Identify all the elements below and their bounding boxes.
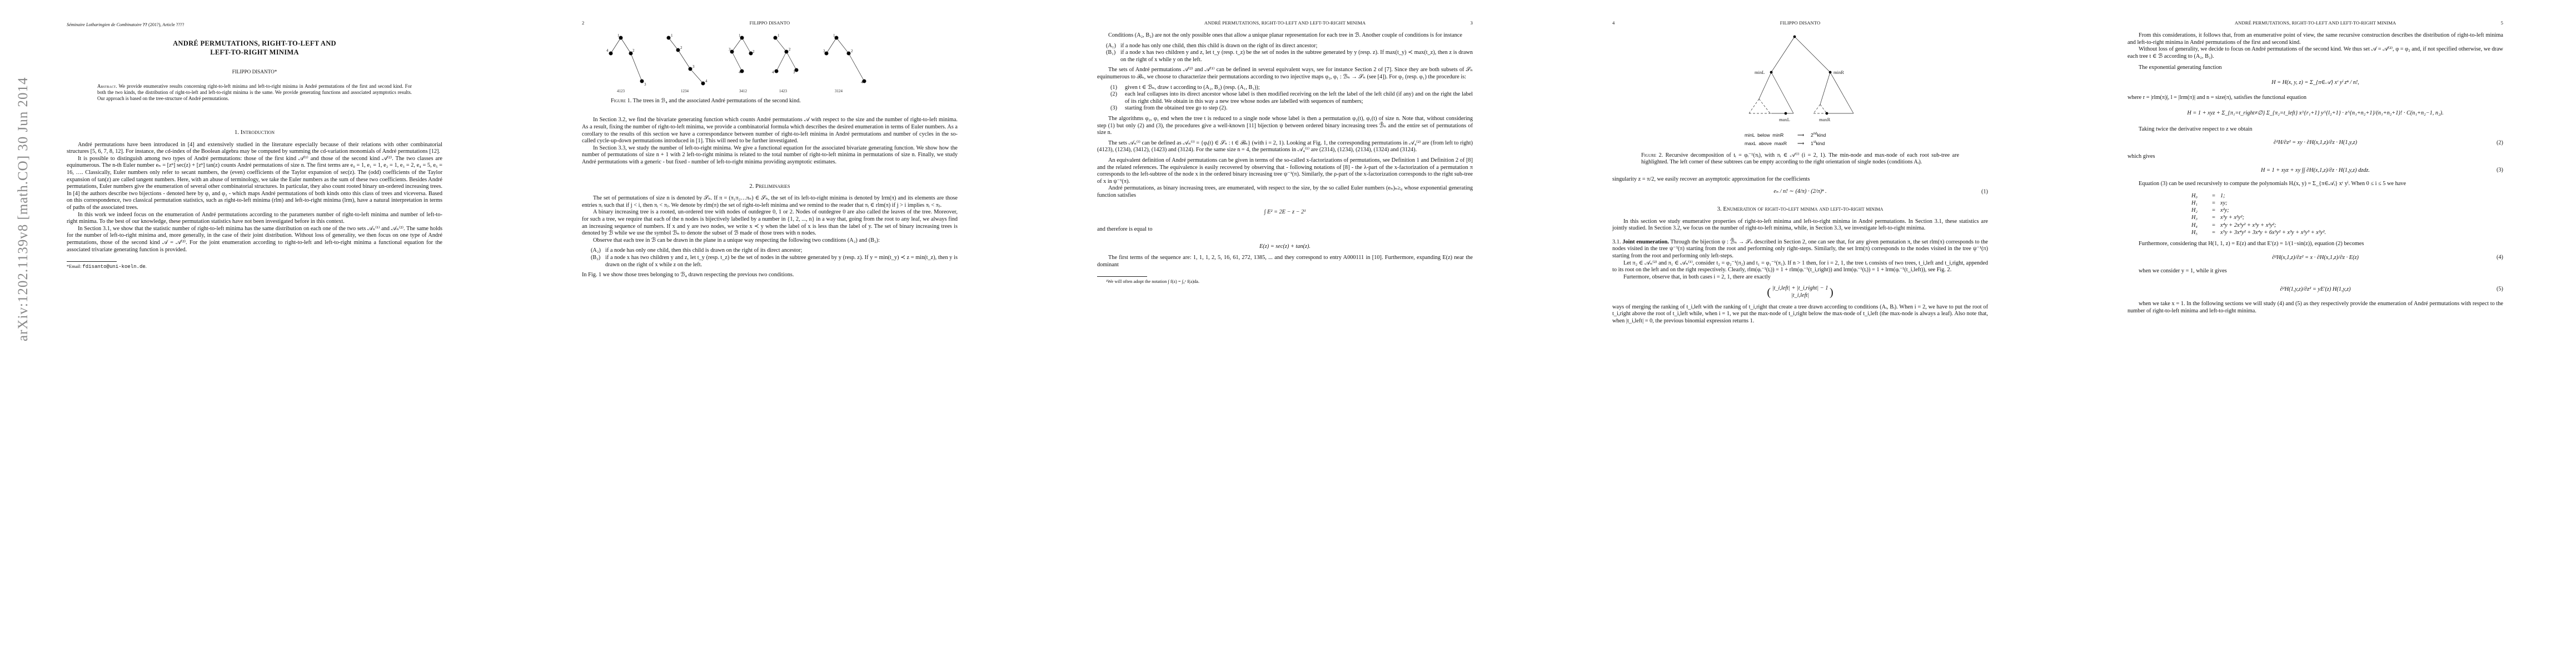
- paragraph: André permutations, as binary increasing…: [1097, 185, 1473, 199]
- title-line-1: ANDRÉ PERMUTATIONS, RIGHT-TO-LEFT AND: [67, 39, 442, 48]
- equation-tag: (4): [2497, 255, 2503, 262]
- svg-text:4: 4: [739, 70, 741, 74]
- page-2: 2 FILIPPO DISANTO: [515, 0, 1030, 667]
- equation-tag: (3): [2497, 167, 2503, 175]
- page-5-body: From this considerations, it follows tha…: [2127, 32, 2503, 315]
- svg-text:maxL: maxL: [1779, 117, 1790, 122]
- tree-1234: [667, 36, 705, 85]
- paragraph: The first terms of the sequence are: 1, …: [1097, 255, 1473, 268]
- binomial-bottom: |t_i,left|: [1772, 292, 1828, 300]
- running-head-title: ANDRÉ PERMUTATIONS, RIGHT-TO-LEFT AND LE…: [2127, 20, 2503, 26]
- running-head: 4 FILIPPO DISANTO: [1612, 20, 1988, 26]
- svg-text:4: 4: [772, 70, 774, 74]
- step-item: (3)starting from the obtained tree go to…: [1110, 105, 1473, 112]
- tree-1423: [774, 36, 798, 73]
- perm-label: 4123: [617, 89, 625, 93]
- paragraph: ways of merging the ranking of t_i,left …: [1612, 304, 1988, 325]
- poly-rhs: x³y + x²y²;: [2220, 214, 2244, 221]
- equation-body: ∂²H/∂z² = xy · ∂H(x,1,z)/∂z · H(1,y,z): [2274, 140, 2357, 146]
- paragraph: A binary increasing tree is a rooted, un…: [582, 209, 958, 237]
- condition-text: if a node x has two children y and z, le…: [1120, 49, 1473, 63]
- condition-label: (A₂): [591, 247, 605, 255]
- paragraph: where r = |rlm(π)|, l = |lrm(π)| and n =…: [2127, 94, 2503, 102]
- equation-4: ∂²H(x,1,z)/∂z² = x · ∂H(x,1,z)/∂z · E(z)…: [2127, 255, 2503, 262]
- paragraph: Let π₂ ∈ 𝒜ₙ⁽²⁾ and π₁ ∈ 𝒜ₙ⁽¹⁾, consider …: [1612, 260, 1988, 274]
- title-line-2: LEFT-TO-RIGHT MINIMA: [67, 48, 442, 57]
- svg-text:2: 2: [789, 47, 791, 52]
- journal-rest: (201?), Article ????: [147, 22, 184, 27]
- paragraph: The exponential generating function: [2127, 64, 2503, 72]
- page-number: 3: [1471, 20, 1473, 26]
- svg-text:3: 3: [644, 82, 646, 87]
- step-label: (2): [1110, 91, 1125, 105]
- paragraph: From this considerations, it follows tha…: [2127, 32, 2503, 46]
- poly-lhs: H₁: [2191, 200, 2207, 207]
- equation-1: eₙ / n! ∼ (4/π) · (2/π)ⁿ .(1): [1612, 188, 1988, 196]
- figure-1-caption: Figure 1. The trees in ℬ₄ and the associ…: [611, 98, 929, 104]
- maxR-node: [1826, 112, 1828, 115]
- binomial-top: |t_i,left| + |t_i,right| − 1: [1772, 285, 1828, 292]
- section-title-enumeration: 3. Enumeration of right-to-left minima a…: [1612, 206, 1988, 213]
- perm-label: 1234: [681, 89, 689, 93]
- polynomial-row: H₂=x²y;: [2191, 207, 2503, 214]
- procedure-steps: (1)given t ∈ ℬₙ, draw t according to (A₂…: [1110, 84, 1473, 112]
- figure-2: minL minR maxL maxR: [1612, 32, 1988, 130]
- footnote-label: *Email:: [67, 264, 82, 269]
- running-head-title: FILIPPO DISANTO: [582, 20, 958, 26]
- email-link[interactable]: fdisanto@uni-koeln.de: [82, 264, 145, 270]
- condition-label: (A₁): [1106, 43, 1120, 50]
- figure-1: 1423 1234 1324 1243 1324 4123 1234 3412 …: [582, 32, 958, 93]
- equation-body: ∂²H(1,y,z)/∂z² = yE′(z) H(1,y,z): [2280, 286, 2350, 292]
- running-head: ANDRÉ PERMUTATIONS, RIGHT-TO-LEFT AND LE…: [2127, 20, 2503, 26]
- svg-text:4: 4: [606, 48, 609, 53]
- polynomial-row: H₀=1;: [2191, 192, 2503, 200]
- abstract: Abstract. We provide enumerative results…: [97, 83, 412, 102]
- legend-kind: kind: [1816, 141, 1825, 146]
- page-3: ANDRÉ PERMUTATIONS, RIGHT-TO-LEFT AND LE…: [1030, 0, 1546, 667]
- footnote-end: .: [146, 264, 147, 269]
- svg-text:1: 1: [617, 33, 620, 38]
- section-title-introduction: 1. Introduction: [67, 129, 442, 136]
- paragraph: In Section 3.3, we study the number of l…: [582, 145, 958, 166]
- paragraph: when we consider y = 1, while it gives: [2127, 268, 2503, 275]
- running-head: 2 FILIPPO DISANTO: [582, 20, 958, 26]
- running-head-title: ANDRÉ PERMUTATIONS, RIGHT-TO-LEFT AND LE…: [1097, 20, 1473, 26]
- svg-text:2: 2: [632, 48, 635, 53]
- equation-body: eₙ / n! ∼ (4/π) · (2/π)ⁿ .: [1773, 188, 1826, 195]
- conditions-list: (A₁)if a node has only one child, then t…: [1106, 43, 1473, 64]
- equation-tag: (5): [2497, 286, 2503, 293]
- root-node: [1793, 36, 1796, 38]
- page-number: 5: [2501, 20, 2503, 26]
- footnote-email: *Email: fdisanto@uni-koeln.de.: [67, 264, 442, 270]
- minL-node: [1770, 71, 1773, 74]
- paragraph: Conditions (A₂, B₂) are not the only pos…: [1097, 32, 1473, 39]
- condition-label: (B₁): [1106, 49, 1120, 63]
- poly-rhs: x²y;: [2220, 207, 2229, 214]
- abstract-text: We provide enumerative results concernin…: [97, 83, 412, 101]
- figure-2-caption: Figure 2. Recursive decomposition of tᵢ …: [1641, 152, 1959, 166]
- paragraph: André permutations have been introduced …: [67, 142, 442, 156]
- paragraph: Without loss of generality, we decide to…: [2127, 46, 2503, 60]
- paragraph: Taking twice the derivative respect to z…: [2127, 126, 2503, 133]
- paper-spread: arXiv:1202.1139v8 [math.CO] 30 Jun 2014 …: [0, 0, 2576, 667]
- page-3-body: Conditions (A₂, B₂) are not the only pos…: [1097, 32, 1473, 285]
- legend-kind: kind: [1817, 132, 1826, 138]
- journal-volume: ??: [143, 22, 147, 27]
- tree-3412: [730, 36, 753, 73]
- paragraph: In Fig. 1 we show those trees belonging …: [582, 272, 958, 279]
- paragraph: In Section 3.1, we show that the statist…: [67, 226, 442, 253]
- running-head: ANDRÉ PERMUTATIONS, RIGHT-TO-LEFT AND LE…: [1097, 20, 1473, 26]
- poly-rhs: xy;: [2220, 200, 2228, 207]
- title-block: ANDRÉ PERMUTATIONS, RIGHT-TO-LEFT AND LE…: [67, 39, 442, 74]
- paragraph-text: Through the bijection ψ : ℬ̃ₙ → 𝒮ₙ descr…: [1612, 239, 1988, 259]
- tree-3124: [825, 36, 866, 83]
- step-text: each leaf collapses into its direct ance…: [1125, 91, 1473, 105]
- svg-text:3: 3: [793, 70, 795, 74]
- equation-body: H = 1 + xyz + xy ∫∫ ∂H(x,1,z)/∂z · H(1,y…: [2261, 167, 2370, 173]
- svg-text:1: 1: [739, 33, 741, 38]
- page-1-body: 1. Introduction André permutations have …: [67, 129, 442, 270]
- polynomial-row: H₁=xy;: [2191, 200, 2503, 207]
- step-label: (1): [1110, 84, 1125, 92]
- svg-text:maxR: maxR: [1819, 117, 1831, 122]
- step-label: (3): [1110, 105, 1125, 112]
- author: FILIPPO DISANTO*: [67, 69, 442, 74]
- equation-tag: (1): [1981, 188, 1988, 196]
- footnote-rule: [67, 261, 117, 262]
- paragraph: Furtermore, observe that, in both cases …: [1612, 274, 1988, 281]
- section-title-preliminaries: 2. Preliminaries: [582, 183, 958, 190]
- legend-row: maxL above maxR⟶1stkind: [1745, 140, 1988, 148]
- step-text: given t ∈ ℬₙ, draw t according to (A₂, B…: [1125, 84, 1473, 92]
- figure-2-legend: minL below minR⟶2ndkind maxL above maxR⟶…: [1745, 131, 1988, 148]
- arxiv-stamp-text: arXiv:1202.1139v8 [math.CO] 30 Jun 2014: [16, 77, 31, 341]
- paragraph: An equivalent definition of André permut…: [1097, 157, 1473, 185]
- condition-item: (B₁)if a node x has two children y and z…: [1106, 49, 1473, 63]
- footnote: ¹We will often adopt the notation ∫ f(z)…: [1097, 279, 1473, 285]
- condition-text: if a node has only one child, then this …: [1120, 43, 1473, 50]
- equation-3: H = 1 + xyz + xy ∫∫ ∂H(x,1,z)/∂z · H(1,y…: [2127, 167, 2503, 175]
- perm-label: 1423: [779, 89, 788, 93]
- page-4: 4 FILIPPO DISANTO: [1546, 0, 2061, 667]
- abstract-label: Abstract.: [97, 83, 117, 89]
- poly-lhs: H₃: [2191, 214, 2207, 221]
- perm-label: 3412: [739, 89, 748, 93]
- svg-text:1: 1: [671, 33, 673, 38]
- maxL-node: [1785, 112, 1787, 115]
- tree-4123: [609, 36, 644, 83]
- minR-node: [1829, 71, 1832, 74]
- svg-text:3: 3: [729, 47, 731, 52]
- equation-tag: (2): [2497, 140, 2503, 147]
- equation-egf-H: H = H(x, y, z) = Σ_{π∈𝒜} xʳ yˡ zⁿ / n!,: [2127, 79, 2503, 87]
- conditions-list: (A₂)if a node has only one child, then t…: [591, 247, 958, 268]
- paragraph: It is possible to distinguish among two …: [67, 156, 442, 212]
- legend-condition: minL below minR: [1745, 131, 1797, 140]
- caption-label: Figure 1.: [611, 98, 631, 104]
- step-item: (2)each leaf collapses into its direct a…: [1110, 91, 1473, 105]
- step-text: starting from the obtained tree go to st…: [1125, 105, 1473, 112]
- page-1: arXiv:1202.1139v8 [math.CO] 30 Jun 2014 …: [0, 0, 515, 667]
- condition-item: (A₂)if a node has only one child, then t…: [591, 247, 958, 255]
- binomial-expression: ( |t_i,left| + |t_i,right| − 1 |t_i,left…: [1612, 285, 1988, 299]
- paragraph: The algorithms φ₂, φ₁ end when the tree …: [1097, 116, 1473, 137]
- svg-text:4: 4: [705, 79, 707, 83]
- condition-label: (B₂): [591, 255, 605, 268]
- svg-text:minL: minL: [1755, 69, 1765, 75]
- polynomial-row: H₃=x³y + x²y²;: [2191, 214, 2503, 221]
- paragraph: which gives: [2127, 153, 2503, 161]
- page-number: 2: [582, 20, 584, 26]
- svg-text:2: 2: [753, 49, 755, 54]
- condition-text: if a node x has two children y and z, le…: [605, 255, 958, 268]
- poly-lhs: H₄: [2191, 222, 2207, 229]
- paper-title: ANDRÉ PERMUTATIONS, RIGHT-TO-LEFT AND LE…: [67, 39, 442, 57]
- arrow-icon: ⟶: [1797, 140, 1811, 148]
- polynomial-row: H₄=x⁴y + 2x³y² + x³y + x²y²;: [2191, 222, 2503, 229]
- paragraph: In Section 3.2, we find the bivariate ge…: [582, 117, 958, 145]
- poly-lhs: H₅: [2191, 229, 2207, 236]
- footnote-rule: [1097, 276, 1147, 277]
- perm-label: 3124: [835, 89, 843, 93]
- figure-1-trees: 1423 1234 1324 1243 1324 4123 1234 3412 …: [582, 32, 958, 93]
- paragraph: Observe that each tree in ℬ can be drawn…: [582, 237, 958, 245]
- step-item: (1)given t ∈ ℬₙ, draw t according to (A₂…: [1110, 84, 1473, 92]
- caption-label: Figure 2.: [1641, 152, 1663, 158]
- page-2-body: 1423 1234 1324 1243 1324 4123 1234 3412 …: [582, 32, 958, 279]
- poly-rhs: 1;: [2220, 192, 2225, 200]
- equation-5: ∂²H(1,y,z)/∂z² = yE′(z) H(1,y,z)(5): [2127, 286, 2503, 293]
- svg-text:3: 3: [692, 64, 695, 69]
- paragraph: when we take x = 1. In the following sec…: [2127, 301, 2503, 315]
- caption-text: Recursive decomposition of tᵢ = φᵢ⁻¹(πᵢ)…: [1641, 152, 1959, 165]
- page-4-body: minL minR maxL maxR minL below minR⟶2ndk…: [1612, 32, 1988, 325]
- svg-text:3: 3: [823, 49, 825, 53]
- figure-2-tree-decomposition: minL minR maxL maxR: [1612, 32, 1988, 130]
- svg-text:1: 1: [833, 33, 835, 38]
- page-5: ANDRÉ PERMUTATIONS, RIGHT-TO-LEFT AND LE…: [2061, 0, 2576, 667]
- condition-text: if a node has only one child, then this …: [605, 247, 958, 255]
- svg-text:2: 2: [851, 49, 853, 53]
- subsection-title: Joint enumeration.: [1622, 239, 1669, 245]
- paragraph: singularity z = π/2, we easily recover a…: [1612, 176, 1988, 183]
- svg-text:4: 4: [861, 80, 863, 84]
- equation-integral: ∫ E² = 2E − z − 2¹: [1097, 209, 1473, 216]
- equation-body: ∂²H(x,1,z)/∂z² = x · ∂H(x,1,z)/∂z · E(z): [2272, 255, 2359, 261]
- paragraph: In this section we study enumerative pro…: [1612, 218, 1988, 232]
- paragraph: and therefore is equal to: [1097, 226, 1473, 233]
- svg-text:1: 1: [778, 33, 780, 38]
- equation-euler-egf: E(z) = sec(z) + tan(z).: [1097, 243, 1473, 251]
- running-head-title: FILIPPO DISANTO: [1612, 20, 1988, 26]
- paragraph: In this work we indeed focus on the enum…: [67, 212, 442, 226]
- page-number: 4: [1612, 20, 1615, 26]
- svg-text:2: 2: [680, 46, 682, 50]
- equation-functional: H = 1 + xyz + Σ_{π₁=t_right≠∅} Σ_{π₂=t_l…: [2127, 110, 2503, 117]
- equation-2: ∂²H/∂z² = xy · ∂H(x,1,z)/∂z · H(1,y,z)(2…: [2127, 140, 2503, 147]
- arrow-icon: ⟶: [1797, 131, 1811, 140]
- subsection-3-1: 3.1. Joint enumeration. Through the bije…: [1612, 239, 1988, 260]
- subsection-number: 3.1.: [1612, 239, 1621, 245]
- poly-lhs: H₂: [2191, 207, 2207, 214]
- paragraph: Equation (3) can be used recursively to …: [2127, 181, 2503, 188]
- paragraph: The set of permutations of size n is den…: [582, 195, 958, 209]
- paragraph: The sets of André permutations 𝒜⁽²⁾ and …: [1097, 67, 1473, 81]
- polynomial-row: H₅=x⁵y + 3x⁴y² + 3x⁴y + 6x³y² + x³y + x²…: [2191, 229, 2503, 236]
- journal-line: Séminaire Lotharingien de Combinatoire ?…: [67, 22, 184, 27]
- paragraph: The sets 𝒜ₙ⁽ⁱ⁾ can be defined as 𝒜ₙ⁽ⁱ⁾ =…: [1097, 140, 1473, 154]
- condition-item: (B₂)if a node x has two children y and z…: [591, 255, 958, 268]
- arxiv-stamp: arXiv:1202.1139v8 [math.CO] 30 Jun 2014: [2, 52, 24, 341]
- paragraph: Furthermore, considering that H(1, 1, z)…: [2127, 241, 2503, 248]
- poly-lhs: H₀: [2191, 192, 2207, 200]
- journal-name: Séminaire Lotharingien de Combinatoire: [67, 22, 142, 27]
- svg-text:minR: minR: [1833, 69, 1844, 75]
- poly-rhs: x⁵y + 3x⁴y² + 3x⁴y + 6x³y² + x³y + x²y³ …: [2220, 229, 2326, 236]
- caption-text: The trees in ℬ₄ and the associated André…: [633, 98, 801, 104]
- legend-condition: maxL above maxR: [1745, 140, 1797, 148]
- polynomial-list: H₀=1; H₁=xy; H₂=x²y; H₃=x³y + x²y²; H₄=x…: [2191, 192, 2503, 236]
- poly-rhs: x⁴y + 2x³y² + x³y + x²y²;: [2220, 222, 2276, 229]
- condition-item: (A₁)if a node has only one child, then t…: [1106, 43, 1473, 50]
- legend-row: minL below minR⟶2ndkind: [1745, 131, 1988, 140]
